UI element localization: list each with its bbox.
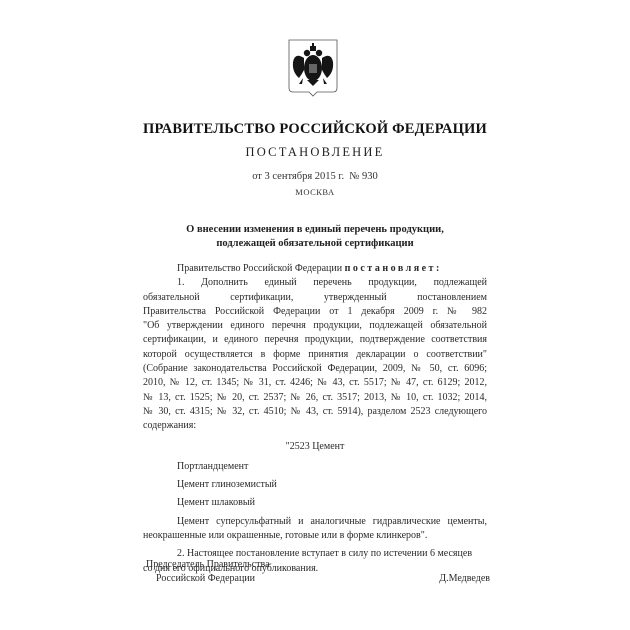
document-type: ПОСТАНОВЛЕНИЕ xyxy=(0,145,630,160)
section-heading: "2523 Цемент xyxy=(143,440,487,454)
document-body: Правительство Российской Федерации поста… xyxy=(143,262,487,576)
signatory-position: Председатель Правительства xyxy=(146,558,490,572)
section-item-last: неокрашенные или окрашенные, готовые или… xyxy=(143,529,487,543)
item1-line: содержания: xyxy=(143,419,487,433)
preamble: Правительство Российской Федерации поста… xyxy=(143,262,487,276)
section-item: Цемент шлаковый xyxy=(143,496,487,510)
section-item: Портландцемент xyxy=(143,460,487,474)
item1-line: "Об утверждении единого перечня продукци… xyxy=(143,319,487,333)
signature-block: Председатель Правительства Российской Фе… xyxy=(146,558,490,586)
preamble-decree: постановляет: xyxy=(345,263,442,274)
item1-line: Правительства Российской Федерации от 1 … xyxy=(143,305,487,319)
signatory-name: Д.Медведев xyxy=(439,572,490,586)
item1-line: № 13, ст. 1525; № 20, ст. 2537; № 26, ст… xyxy=(143,391,487,405)
document-subject: О внесении изменения в единый перечень п… xyxy=(0,223,630,251)
document-date-number: от 3 сентября 2015 г. № 930 xyxy=(0,171,630,182)
government-title: ПРАВИТЕЛЬСТВО РОССИЙСКОЙ ФЕДЕРАЦИИ xyxy=(0,121,630,138)
coat-of-arms-icon xyxy=(287,38,339,102)
item1-line: которой осуществляется в форме принятия … xyxy=(143,348,487,362)
item1-line: обязательной сертификации, утвержденный … xyxy=(143,291,487,305)
section-item-last: Цемент суперсульфатный и аналогичные гид… xyxy=(143,515,487,529)
item1-line: (Собрание законодательства Российской Фе… xyxy=(143,362,487,376)
item1-line: № 30, ст. 4315; № 32, ст. 4510; № 43, ст… xyxy=(143,405,487,419)
item1-line: 1. Дополнить единый перечень продукции, … xyxy=(143,276,487,290)
subject-line: подлежащей обязательной сертификации xyxy=(0,237,630,251)
document-city: МОСКВА xyxy=(0,187,630,197)
document-page: ПРАВИТЕЛЬСТВО РОССИЙСКОЙ ФЕДЕРАЦИИ ПОСТА… xyxy=(0,0,630,630)
subject-line: О внесении изменения в единый перечень п… xyxy=(0,223,630,237)
section-item: Цемент глиноземистый xyxy=(143,478,487,492)
item1-line: сертификации, и единого перечня продукци… xyxy=(143,333,487,347)
preamble-text: Правительство Российской Федерации xyxy=(177,263,345,274)
item1-line: 2010, № 12, ст. 1345; № 31, ст. 4246; № … xyxy=(143,376,487,390)
